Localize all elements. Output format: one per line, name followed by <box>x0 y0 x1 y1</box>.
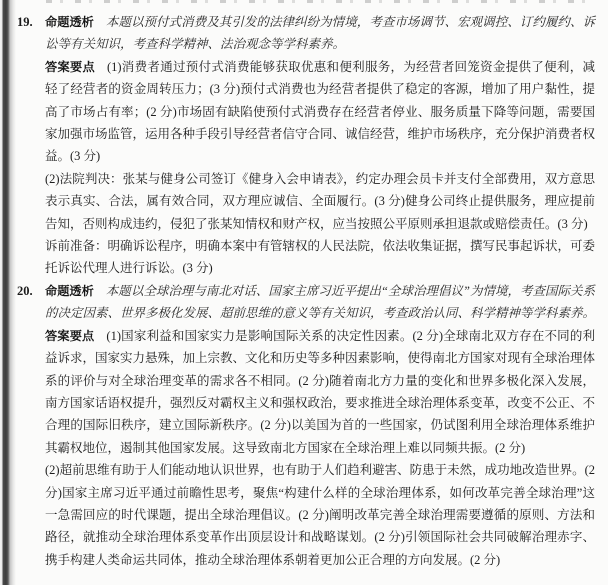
question-20: 20.命题透析本题以全球治理与南北对话、国家主席习近平提出“全球治理倡议”为情境… <box>45 280 595 571</box>
scanned-answer-page: 19.命题透析本题以预付式消费及其引发的法律纠纷为情境，考查市场调节、宏观调控、… <box>0 0 608 585</box>
answer-text: (1)国家利益和国家实力是影响国际关系的决定性因素。(2 分)全球南北双方存在不… <box>45 329 595 455</box>
page-content: 19.命题透析本题以预付式消费及其引发的法律纠纷为情境，考查市场调节、宏观调控、… <box>0 0 608 571</box>
answer-text: (2)超前思维有助于人们能动地认识世界，也有助于人们趋利避害、防患于未然，成功地… <box>45 463 595 567</box>
answer-text: (1)消费者通过预付式消费能够获取优惠和便利服务，为经营者回笼资金提供了便利，减… <box>45 60 595 164</box>
analysis-text: 本题以全球治理与南北对话、国家主席习近平提出“全球治理倡议”为情境，考查国际关系… <box>45 284 595 320</box>
answer-paragraph: (2)法院判决：张某与健身公司签订《健身入会申请表》，约定办理会员卡并支付全部费… <box>45 168 595 235</box>
answer-text: (2)法院判决：张某与健身公司签订《健身入会申请表》，约定办理会员卡并支付全部费… <box>45 172 595 231</box>
answer-paragraph: 诉前准备：明确诉讼程序，明确本案中有管辖权的人民法院，依法收集证据，撰写民事起诉… <box>45 235 595 280</box>
answer-label: 答案要点 <box>45 329 94 343</box>
question-number: 20. <box>17 280 45 302</box>
answer-text: 诉前准备：明确诉讼程序，明确本案中有管辖权的人民法院，依法收集证据，撰写民事起诉… <box>45 239 595 275</box>
answer-label: 答案要点 <box>45 60 95 74</box>
analysis-label: 命题透析 <box>45 284 94 298</box>
analysis-label: 命题透析 <box>45 15 94 29</box>
analysis-paragraph: 20.命题透析本题以全球治理与南北对话、国家主席习近平提出“全球治理倡议”为情境… <box>45 280 595 325</box>
answer-paragraph: (2)超前思维有助于人们能动地认识世界，也有助于人们趋利避害、防患于未然，成功地… <box>45 459 595 571</box>
analysis-paragraph: 19.命题透析本题以预付式消费及其引发的法律纠纷为情境，考查市场调节、宏观调控、… <box>45 11 595 56</box>
answer-paragraph: 答案要点(1)消费者通过预付式消费能够获取优惠和便利服务，为经营者回笼资金提供了… <box>45 56 595 168</box>
question-19: 19.命题透析本题以预付式消费及其引发的法律纠纷为情境，考查市场调节、宏观调控、… <box>45 11 595 280</box>
question-number: 19. <box>17 11 45 33</box>
answer-paragraph: 答案要点(1)国家利益和国家实力是影响国际关系的决定性因素。(2 分)全球南北双… <box>45 325 595 459</box>
analysis-text: 本题以预付式消费及其引发的法律纠纷为情境，考查市场调节、宏观调控、订约履约、诉讼… <box>45 15 595 51</box>
